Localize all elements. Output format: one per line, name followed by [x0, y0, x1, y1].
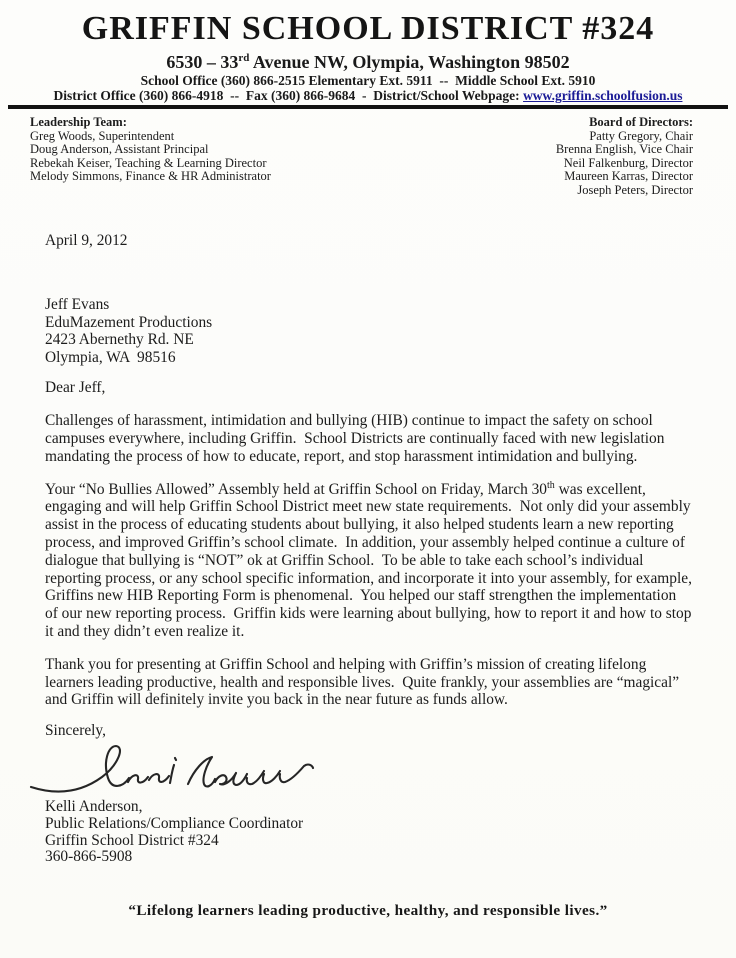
- district-office-line: District Office (360) 866-4918 -- Fax (3…: [0, 88, 736, 103]
- closing: Sincerely,: [45, 722, 692, 740]
- board-member: Joseph Peters, Director: [556, 184, 693, 198]
- body-paragraph-2: Your “No Bullies Allowed” Assembly held …: [45, 481, 692, 641]
- signer-org: Griffin School District #324: [45, 833, 692, 850]
- board-list: Patty Gregory, Chair Brenna English, Vic…: [556, 130, 693, 198]
- recipient-block: Jeff Evans EduMazement Productions 2423 …: [45, 296, 692, 366]
- letter-page: GRIFFIN SCHOOL DISTRICT #324 6530 – 33rd…: [0, 0, 736, 958]
- signer-phone: 360-866-5908: [45, 849, 692, 866]
- district-address: 6530 – 33rd Avenue NW, Olympia, Washingt…: [0, 48, 736, 73]
- board-member: Maureen Karras, Director: [556, 170, 693, 184]
- recipient-name: Jeff Evans: [45, 296, 692, 314]
- recipient-company: EduMazement Productions: [45, 314, 692, 332]
- board-member: Neil Falkenburg, Director: [556, 157, 693, 171]
- signer-block: Kelli Anderson, Public Relations/Complia…: [45, 799, 692, 866]
- board-section: Board of Directors: Patty Gregory, Chair…: [556, 116, 693, 198]
- leadership-section: Leadership Team: Greg Woods, Superintend…: [30, 116, 271, 198]
- body-paragraph-1: Challenges of harassment, intimidation a…: [45, 412, 692, 465]
- recipient-street: 2423 Abernethy Rd. NE: [45, 331, 692, 349]
- motto-quote: “Lifelong learners leading productive, h…: [0, 902, 736, 920]
- ordinal-superscript: rd: [238, 52, 249, 64]
- board-heading: Board of Directors:: [556, 116, 693, 130]
- staff-columns: Leadership Team: Greg Woods, Superintend…: [0, 109, 736, 198]
- leadership-heading: Leadership Team:: [30, 116, 271, 130]
- date-ordinal-superscript: th: [547, 479, 555, 490]
- leadership-list: Greg Woods, Superintendent Doug Anderson…: [30, 130, 271, 184]
- leadership-member: Melody Simmons, Finance & HR Administrat…: [30, 170, 271, 184]
- district-webpage-link[interactable]: www.griffin.schoolfusion.us: [523, 88, 682, 103]
- signer-title: Public Relations/Compliance Coordinator: [45, 816, 692, 833]
- leadership-member: Rebekah Keiser, Teaching & Learning Dire…: [30, 157, 271, 171]
- signature-strokes: [23, 741, 323, 799]
- letterhead: GRIFFIN SCHOOL DISTRICT #324 6530 – 33rd…: [0, 0, 736, 109]
- board-member: Brenna English, Vice Chair: [556, 143, 693, 157]
- letter-date: April 9, 2012: [45, 232, 692, 250]
- handwritten-signature: [23, 741, 692, 799]
- body-paragraph-3: Thank you for presenting at Griffin Scho…: [45, 656, 692, 709]
- district-title: GRIFFIN SCHOOL DISTRICT #324: [0, 10, 736, 48]
- recipient-city: Olympia, WA 98516: [45, 349, 692, 367]
- leadership-member: Greg Woods, Superintendent: [30, 130, 271, 144]
- school-office-line: School Office (360) 866-2515 Elementary …: [0, 73, 736, 88]
- leadership-member: Doug Anderson, Assistant Principal: [30, 143, 271, 157]
- letter-body: April 9, 2012 Jeff Evans EduMazement Pro…: [0, 232, 736, 867]
- board-member: Patty Gregory, Chair: [556, 130, 693, 144]
- salutation: Dear Jeff,: [45, 379, 692, 397]
- signer-name: Kelli Anderson,: [45, 799, 692, 816]
